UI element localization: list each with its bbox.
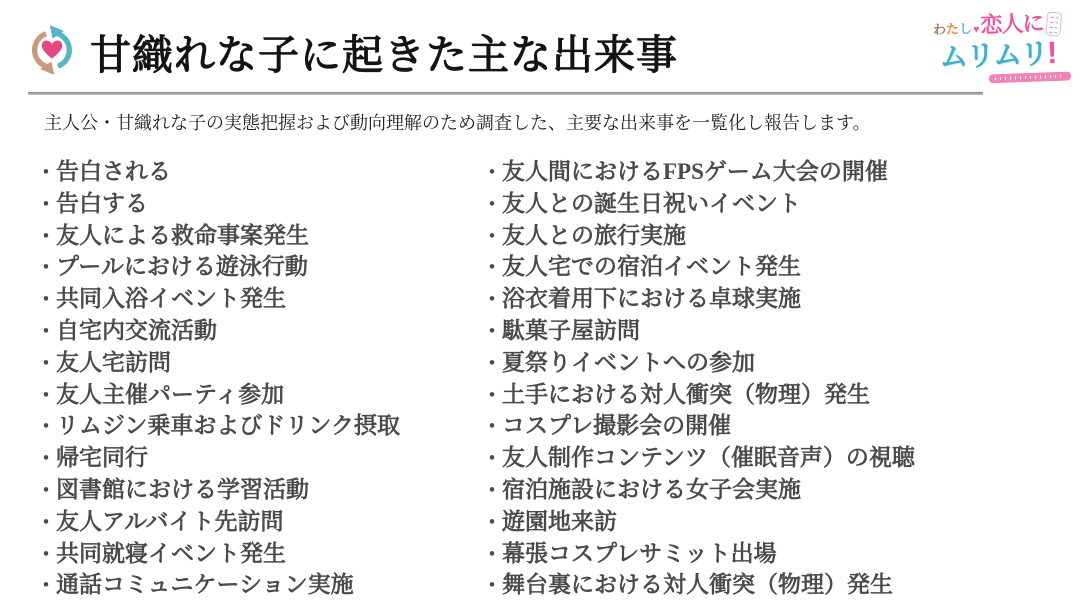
bullet: ・: [36, 385, 56, 407]
bullet: ・: [36, 226, 56, 248]
events-right-list: ・友人間におけるFPSゲーム大会の開催 ・友人との誕生日祝いイベント ・友人との…: [482, 157, 915, 602]
bullet: ・: [36, 480, 56, 502]
list-item: ・プールにおける遊泳行動: [36, 252, 400, 284]
list-item: ・告白される: [36, 157, 400, 189]
bullet: ・: [482, 416, 502, 438]
list-item: ・図書館における学習活動: [36, 475, 400, 507]
event-text: 自宅内交流活動: [56, 318, 217, 343]
list-item: ・通話コミュニケーション実施: [36, 570, 400, 602]
bullet: ・: [36, 512, 56, 534]
event-text: 宿泊施設における女子会実施: [502, 477, 801, 502]
event-text: 友人宅での宿泊イベント発生: [502, 254, 801, 279]
list-item: ・友人宅訪問: [36, 348, 400, 380]
bullet: ・: [482, 289, 502, 311]
list-item: ・友人アルバイト先訪問: [36, 507, 400, 539]
list-item: ・コスプレ撮影会の開催: [482, 411, 915, 443]
list-item: ・友人宅での宿泊イベント発生: [482, 252, 915, 284]
event-text: 友人宅訪問: [56, 350, 171, 375]
bullet: ・: [482, 544, 502, 566]
event-text: 土手における対人衝突（物理）発生: [502, 382, 870, 407]
list-item: ・友人との旅行実施: [482, 221, 915, 253]
title-divider: [28, 92, 983, 95]
heart-sync-icon: [26, 24, 78, 76]
bullet: ・: [482, 575, 502, 597]
list-item: ・友人との誕生日祝いイベント: [482, 189, 915, 221]
series-logo: わたし♥恋人に ムリムリ!: [921, 11, 1075, 85]
list-item: ・遊園地来訪: [482, 507, 915, 539]
event-text: 駄菓子屋訪問: [502, 318, 640, 343]
logo-badge: [1045, 11, 1062, 36]
logo-murimuri: ムリムリ: [939, 38, 1048, 74]
logo-line2: ムリムリ!: [922, 36, 1075, 85]
event-text: 友人アルバイト先訪問: [56, 509, 283, 534]
list-item: ・友人による救命事案発生: [36, 221, 400, 253]
logo-char-wa: わ: [933, 22, 947, 37]
bullet: ・: [482, 321, 502, 343]
page-title: 甘織れな子に起きた主な出来事: [90, 22, 678, 81]
event-text: 帰宅同行: [56, 445, 148, 470]
event-text: リムジン乗車およびドリンク摂取: [56, 413, 400, 438]
bullet: ・: [482, 194, 502, 216]
subtitle: 主人公・甘織れな子の実態把握および動向理解のため調査した、主要な出来事を一覧化し…: [44, 109, 871, 135]
event-text: プールにおける遊泳行動: [56, 254, 308, 279]
bullet: ・: [482, 162, 502, 184]
bullet: ・: [36, 448, 56, 470]
list-item: ・共同入浴イベント発生: [36, 284, 400, 316]
list-item: ・浴衣着用下における卓球実施: [482, 284, 915, 316]
list-item: ・土手における対人衝突（物理）発生: [482, 380, 915, 412]
list-item: ・宿泊施設における女子会実施: [482, 475, 915, 507]
list-item: ・告白する: [36, 189, 400, 221]
slide: 甘織れな子に起きた主な出来事 わたし♥恋人に ムリムリ! 主人公・甘織れな子の実…: [0, 0, 1080, 607]
event-text: 舞台裏における対人衝突（物理）発生: [502, 572, 893, 597]
event-text: 夏祭りイベントへの参加: [502, 350, 755, 375]
list-item: ・帰宅同行: [36, 443, 400, 475]
event-text: 友人間におけるFPSゲーム大会の開催: [502, 159, 888, 184]
logo-char-ta: た: [946, 21, 960, 36]
logo-char-shi: し: [959, 21, 973, 36]
list-item: ・共同就寝イベント発生: [36, 539, 400, 571]
logo-exclamation: !: [1046, 35, 1058, 70]
event-text: 友人との誕生日祝いイベント: [502, 191, 801, 216]
event-text: 告白される: [56, 159, 171, 184]
bullet: ・: [36, 257, 56, 279]
bullet: ・: [482, 480, 502, 502]
event-text: 浴衣着用下における卓球実施: [502, 286, 801, 311]
list-item: ・幕張コスプレサミット出場: [482, 539, 915, 571]
list-item: ・自宅内交流活動: [36, 316, 400, 348]
bullet: ・: [36, 321, 56, 343]
bullet: ・: [36, 575, 56, 597]
event-text: 通話コミュニケーション実施: [56, 572, 354, 597]
event-text: コスプレ撮影会の開催: [502, 413, 731, 438]
list-item: ・舞台裏における対人衝突（物理）発生: [482, 570, 915, 602]
bullet: ・: [482, 257, 502, 279]
event-text: 友人主催パーティ参加: [56, 382, 284, 407]
bullet: ・: [36, 353, 56, 375]
bullet: ・: [482, 385, 502, 407]
list-item: ・友人制作コンテンツ（催眠音声）の視聴: [482, 443, 915, 475]
bullet: ・: [36, 416, 56, 438]
logo-ribbon: [989, 71, 1071, 83]
bullet: ・: [36, 194, 56, 216]
logo-koibito-ni: 恋人に: [980, 10, 1044, 37]
list-item: ・リムジン乗車およびドリンク摂取: [36, 411, 400, 443]
bullet: ・: [36, 289, 56, 311]
event-text: 友人との旅行実施: [502, 223, 686, 248]
event-text: 共同入浴イベント発生: [56, 286, 286, 311]
event-text: 友人制作コンテンツ（催眠音声）の視聴: [502, 445, 915, 470]
event-text: 幕張コスプレサミット出場: [502, 541, 777, 566]
event-text: 遊園地来訪: [502, 509, 617, 534]
bullet: ・: [482, 226, 502, 248]
list-item: ・夏祭りイベントへの参加: [482, 348, 915, 380]
bullet: ・: [36, 544, 56, 566]
bullet: ・: [482, 353, 502, 375]
list-item: ・友人間におけるFPSゲーム大会の開催: [482, 157, 915, 189]
list-item: ・駄菓子屋訪問: [482, 316, 915, 348]
events-left-list: ・告白される ・告白する ・友人による救命事案発生 ・プールにおける遊泳行動 ・…: [36, 157, 400, 602]
event-text: 告白する: [56, 191, 148, 216]
bullet: ・: [482, 448, 502, 470]
event-text: 友人による救命事案発生: [56, 223, 309, 248]
bullet: ・: [36, 162, 56, 184]
event-text: 共同就寝イベント発生: [56, 541, 286, 566]
event-text: 図書館における学習活動: [56, 477, 309, 502]
list-item: ・友人主催パーティ参加: [36, 380, 400, 412]
bullet: ・: [482, 512, 502, 534]
